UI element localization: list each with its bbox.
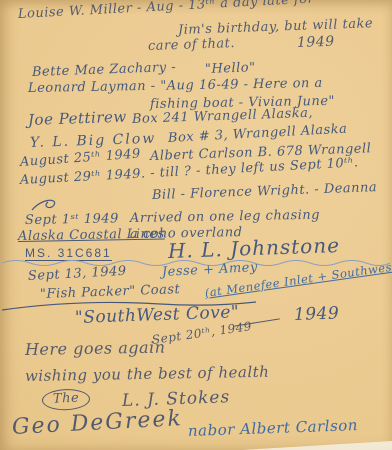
stokes-again: Here goes again [25,340,166,358]
guestbook-page: Louise W. Miller - Aug - 13ᵗʰ a day late… [0,0,392,450]
miller-year: 1949 [297,35,335,50]
signature-joe-pettirew: Joe Pettirew [28,110,127,128]
johnstone-note1: Arrived on one leg chasing [130,209,320,225]
zachary-note: "Hello" [205,61,256,76]
johnstone-date: Sept 1ˢᵗ 1949 [25,212,119,227]
bigclow-address: Box # 3, Wrangell Alaska [168,123,348,145]
scan-edge-wedge [242,441,392,450]
signature-leonard-layman: Leonard Layman - "Aug 16-49 - Here on a [28,77,323,95]
degreek-note: nabor Albert Carlson [188,418,358,439]
carlson-date: August 25ᵗʰ 1949 [20,148,142,169]
signature-louise-miller: Louise W. Miller - Aug - 13ᵗʰ a day late… [18,0,315,21]
stokes-names: Jesse + Amey [162,261,258,279]
signature-geo-degreek: Geo DeGreek [11,408,183,439]
miller-note-line2: Jim's birthday, but will take [178,17,373,37]
stokes-the-circled: The [42,388,91,411]
stokes-date: Sept 13, 1949 [28,265,127,283]
miller-note-line3: care of that. [148,37,235,53]
stokes-wish: wishing you the best of health [25,365,270,384]
stokes-cove-year: 1949 [294,305,340,324]
signature-bette-zachary: Bette Mae Zachary - [32,61,177,79]
signature-wright: Bill - Florence Wright. - Deanna [152,181,378,202]
